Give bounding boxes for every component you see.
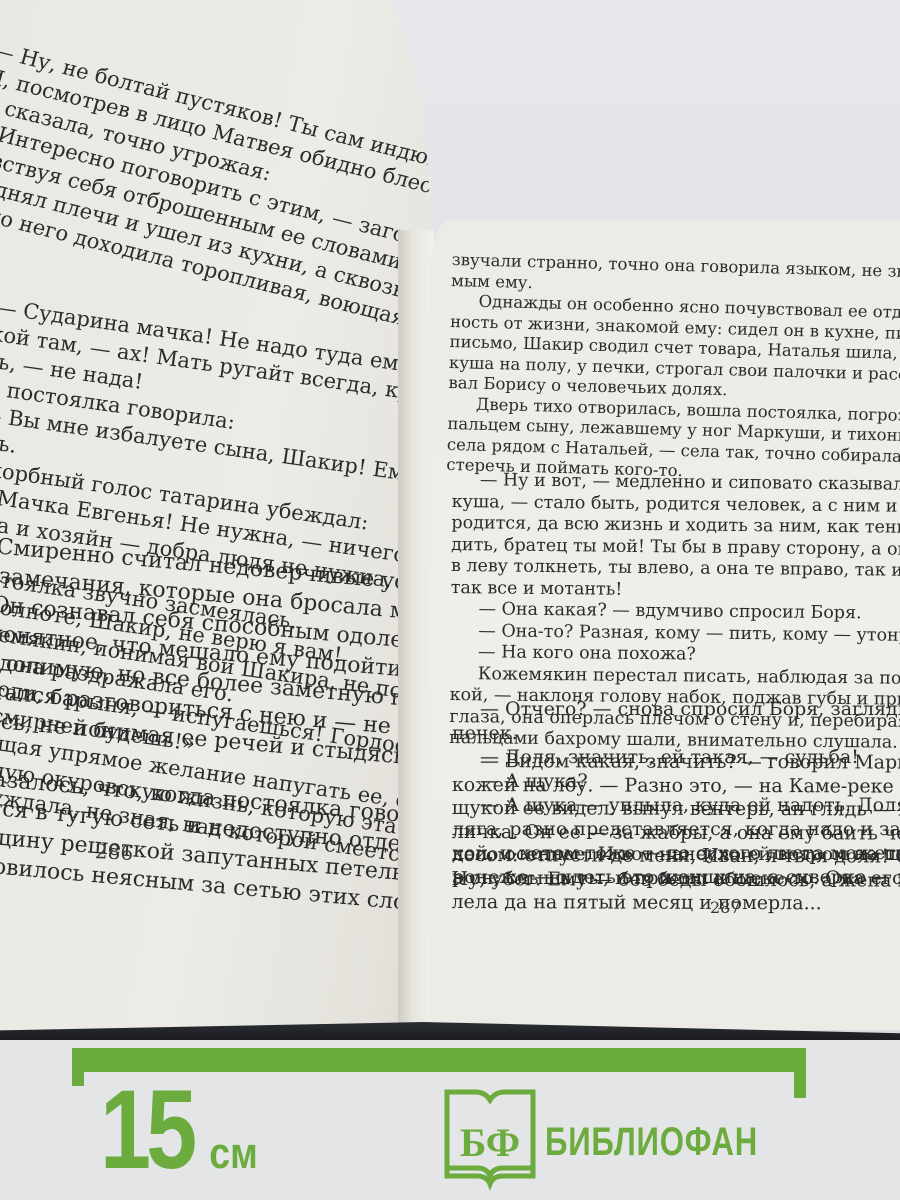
text-line: — Доля, значить, ей такая, — судьба! bbox=[452, 745, 900, 769]
size-unit: см bbox=[209, 1132, 257, 1176]
left-page-number: 286 bbox=[94, 839, 133, 865]
text-line: печек. bbox=[452, 721, 900, 745]
right-page-number: 287 bbox=[710, 898, 741, 917]
logo-monogram: БФ bbox=[460, 1120, 520, 1165]
text-line: дело осеннее. И вот нанесло ей ветром на… bbox=[452, 842, 900, 866]
text-line: — А щука? bbox=[452, 769, 900, 793]
book-spine-gutter bbox=[398, 230, 434, 1030]
text-line: а он, слышь ты, и прилип к щеке-то. Она … bbox=[452, 866, 900, 890]
logo-text: БИБЛИОФАН bbox=[545, 1120, 758, 1165]
open-book-icon: БФ bbox=[443, 1086, 537, 1190]
text-line: — Отчего? — снова спросил Боря, заглядыв… bbox=[452, 697, 900, 721]
left-page: — Ну, не болтай пустяков! Ты сам индюшка… bbox=[0, 0, 430, 1030]
left-page-lower-text: Смиренно считал недоверчивые усмешки пос… bbox=[0, 530, 430, 918]
ruler-tick-left bbox=[72, 1048, 84, 1086]
right-page: звучали странно, точно она говорила язык… bbox=[430, 220, 900, 1030]
size-label: 15 см bbox=[100, 1074, 262, 1186]
bibliofan-logo: БФ БИБЛИОФАН bbox=[443, 1086, 818, 1190]
size-number: 15 bbox=[100, 1074, 192, 1186]
text-line: — А щука — уплыла, куда ей надоть. Доля … bbox=[452, 793, 900, 817]
text-line: ляга, разно представляется, когда надо и… bbox=[452, 817, 900, 841]
right-page-upper-text: звучали странно, точно она говорила язык… bbox=[446, 250, 900, 490]
right-page-final-lines: дело осеннее. И вот нанесло ей ветром на… bbox=[452, 842, 900, 892]
size-banner: 15 см БФ БИБЛИОФАН bbox=[0, 1040, 900, 1200]
